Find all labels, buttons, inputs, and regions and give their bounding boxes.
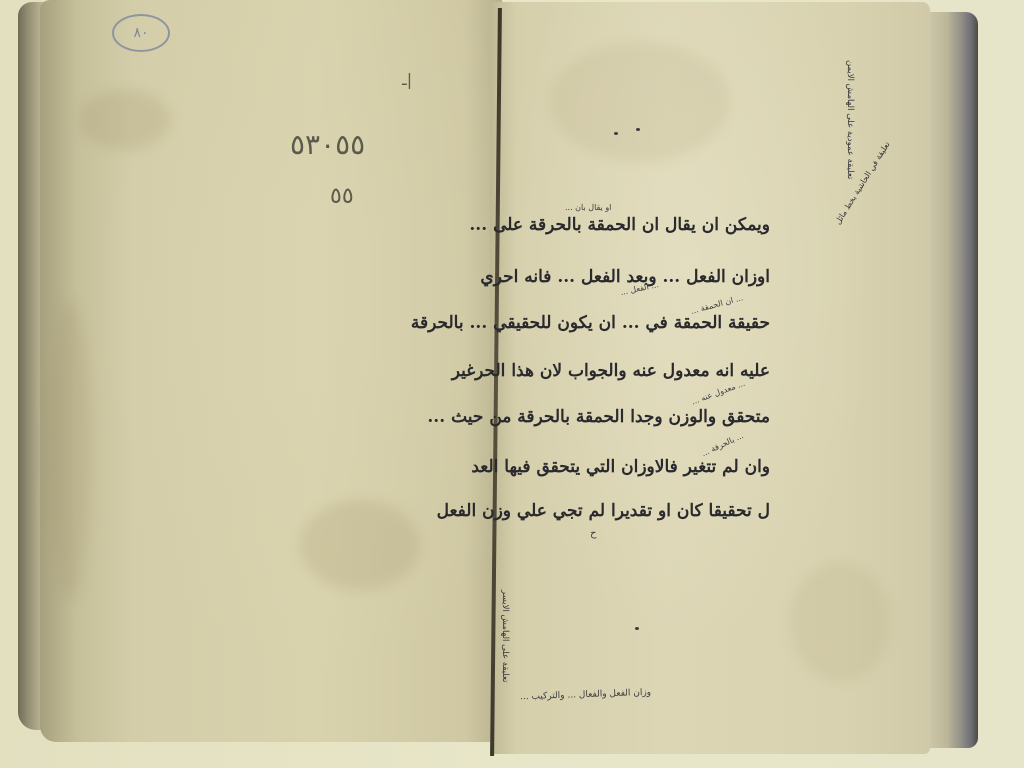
- ink-speck: [636, 128, 640, 131]
- paper-stain: [50, 300, 90, 600]
- ink-speck: [614, 132, 618, 135]
- paper-stain: [550, 42, 730, 162]
- paper-stain: [790, 562, 890, 682]
- paper-stain: [300, 500, 420, 590]
- text-line: ل تحقيقا كان او تقديرا لم تجي علي وزن ال…: [437, 501, 770, 521]
- margin-left-note: تعليقة على الهامش الايسر: [500, 590, 510, 682]
- shelf-mark-secondary: ٥٥: [330, 184, 354, 209]
- shelf-mark: ٥٣٠٥٥: [290, 128, 365, 161]
- pencil-tick: ـ|: [402, 70, 412, 89]
- text-line: اوزان الفعل ... وبعد الفعل ... فانه احري: [480, 267, 770, 287]
- left-page: [40, 0, 502, 742]
- paper-stain: [80, 90, 170, 150]
- text-line: حقيقة الحمقة في ... ان يكون للحقيقي ... …: [411, 313, 770, 333]
- folio-number: ٨٠: [112, 14, 170, 52]
- text-line: متحقق والوزن وجدا الحمقة بالحرقة من حيث …: [427, 407, 770, 427]
- main-text-block: ويمكن ان يقال ان الحمقة بالحرقة على ... …: [510, 205, 770, 545]
- text-line: وان لم تتغير فالاوزان التي يتحقق فيها ال…: [471, 457, 770, 477]
- text-line: ويمكن ان يقال ان الحمقة بالحرقة على ...: [469, 215, 770, 235]
- catchword: ح: [590, 528, 596, 539]
- interlinear-gloss: او يقال بان ...: [565, 203, 611, 212]
- margin-vertical-right: تعليقة عمودية على الهامش الايمن: [845, 60, 855, 179]
- ink-speck: [635, 627, 639, 630]
- text-line: عليه انه معدول عنه والجواب لان هذا الحرغ…: [452, 361, 770, 381]
